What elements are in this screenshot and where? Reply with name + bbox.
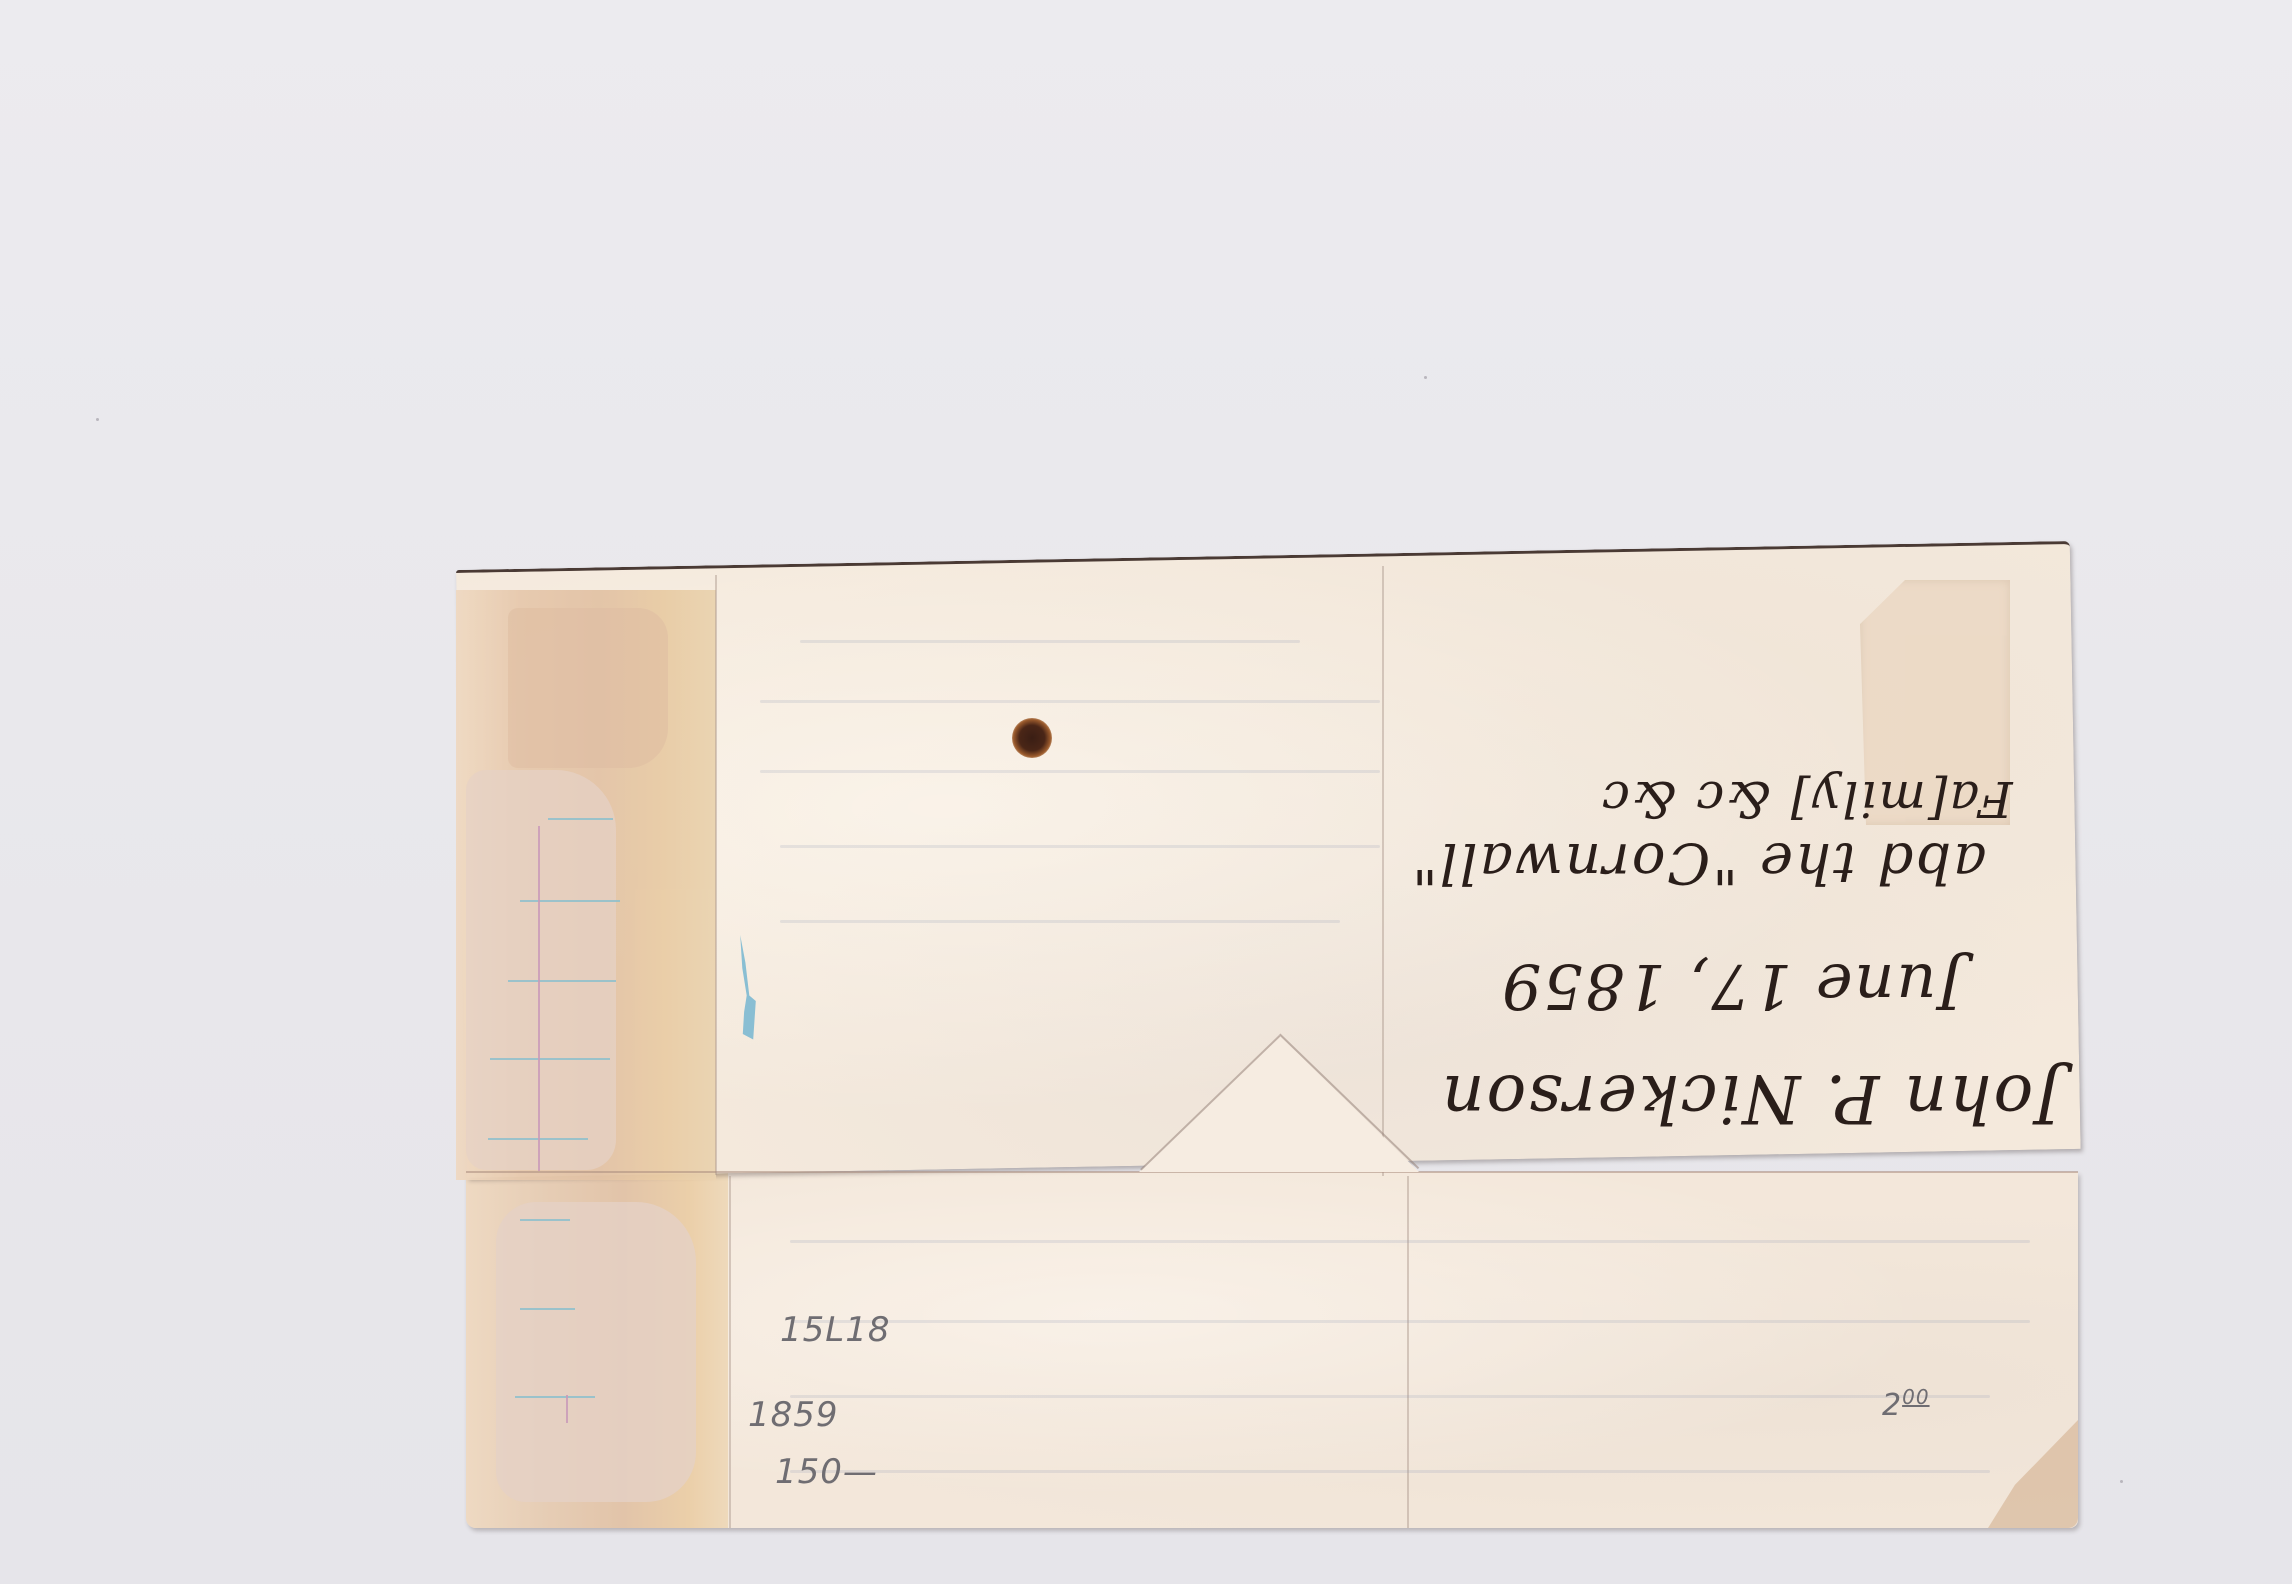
ruled-line bbox=[520, 1219, 570, 1221]
margin-line bbox=[566, 1395, 568, 1423]
fold-line bbox=[715, 575, 717, 1175]
docket-date: June 17, 1859 bbox=[1500, 950, 1963, 1023]
bleed-through-writing bbox=[790, 1395, 1990, 1398]
pencil-value-cents: 00 bbox=[1902, 1385, 1929, 1409]
ruled-line bbox=[520, 900, 620, 902]
bleed-through-writing bbox=[800, 640, 1300, 643]
water-stain-upper bbox=[456, 590, 716, 1180]
docket-ship: abd the "Cornwall" bbox=[1410, 830, 1986, 895]
bleed-through-writing bbox=[780, 920, 1340, 923]
ruled-line bbox=[520, 1308, 575, 1310]
pencil-price: 150— bbox=[775, 1452, 878, 1492]
fold-line bbox=[729, 1176, 731, 1528]
pencil-year: 1859 bbox=[748, 1395, 839, 1435]
bleed-through-writing bbox=[790, 1320, 2030, 1323]
fold-line bbox=[1382, 566, 1384, 1176]
fold-line bbox=[1407, 1176, 1409, 1528]
docket-sender-name: John P. Nickerson bbox=[1440, 1060, 2062, 1137]
ruled-line bbox=[548, 818, 613, 820]
bleed-through-writing bbox=[780, 845, 1380, 848]
pencil-catalog-number: 15L18 bbox=[780, 1310, 890, 1350]
ruled-line bbox=[490, 1058, 610, 1060]
bleed-through-writing bbox=[790, 1240, 2030, 1243]
margin-line bbox=[538, 826, 540, 1171]
pencil-value: 200 bbox=[1882, 1385, 1930, 1423]
letter: John P. Nickerson June 17, 1859 abd the … bbox=[0, 0, 2292, 1584]
bleed-through-writing bbox=[760, 700, 1380, 703]
bleed-through-writing bbox=[790, 1470, 1990, 1473]
docket-family-line: Fa[mily] &c &c bbox=[1600, 770, 2013, 828]
pencil-value-main: 2 bbox=[1882, 1388, 1902, 1423]
ruled-line bbox=[508, 980, 616, 982]
bleed-through-writing bbox=[760, 770, 1380, 773]
burn-hole bbox=[1012, 718, 1052, 758]
ruled-line bbox=[515, 1396, 595, 1398]
water-stain-lower bbox=[466, 1172, 728, 1528]
